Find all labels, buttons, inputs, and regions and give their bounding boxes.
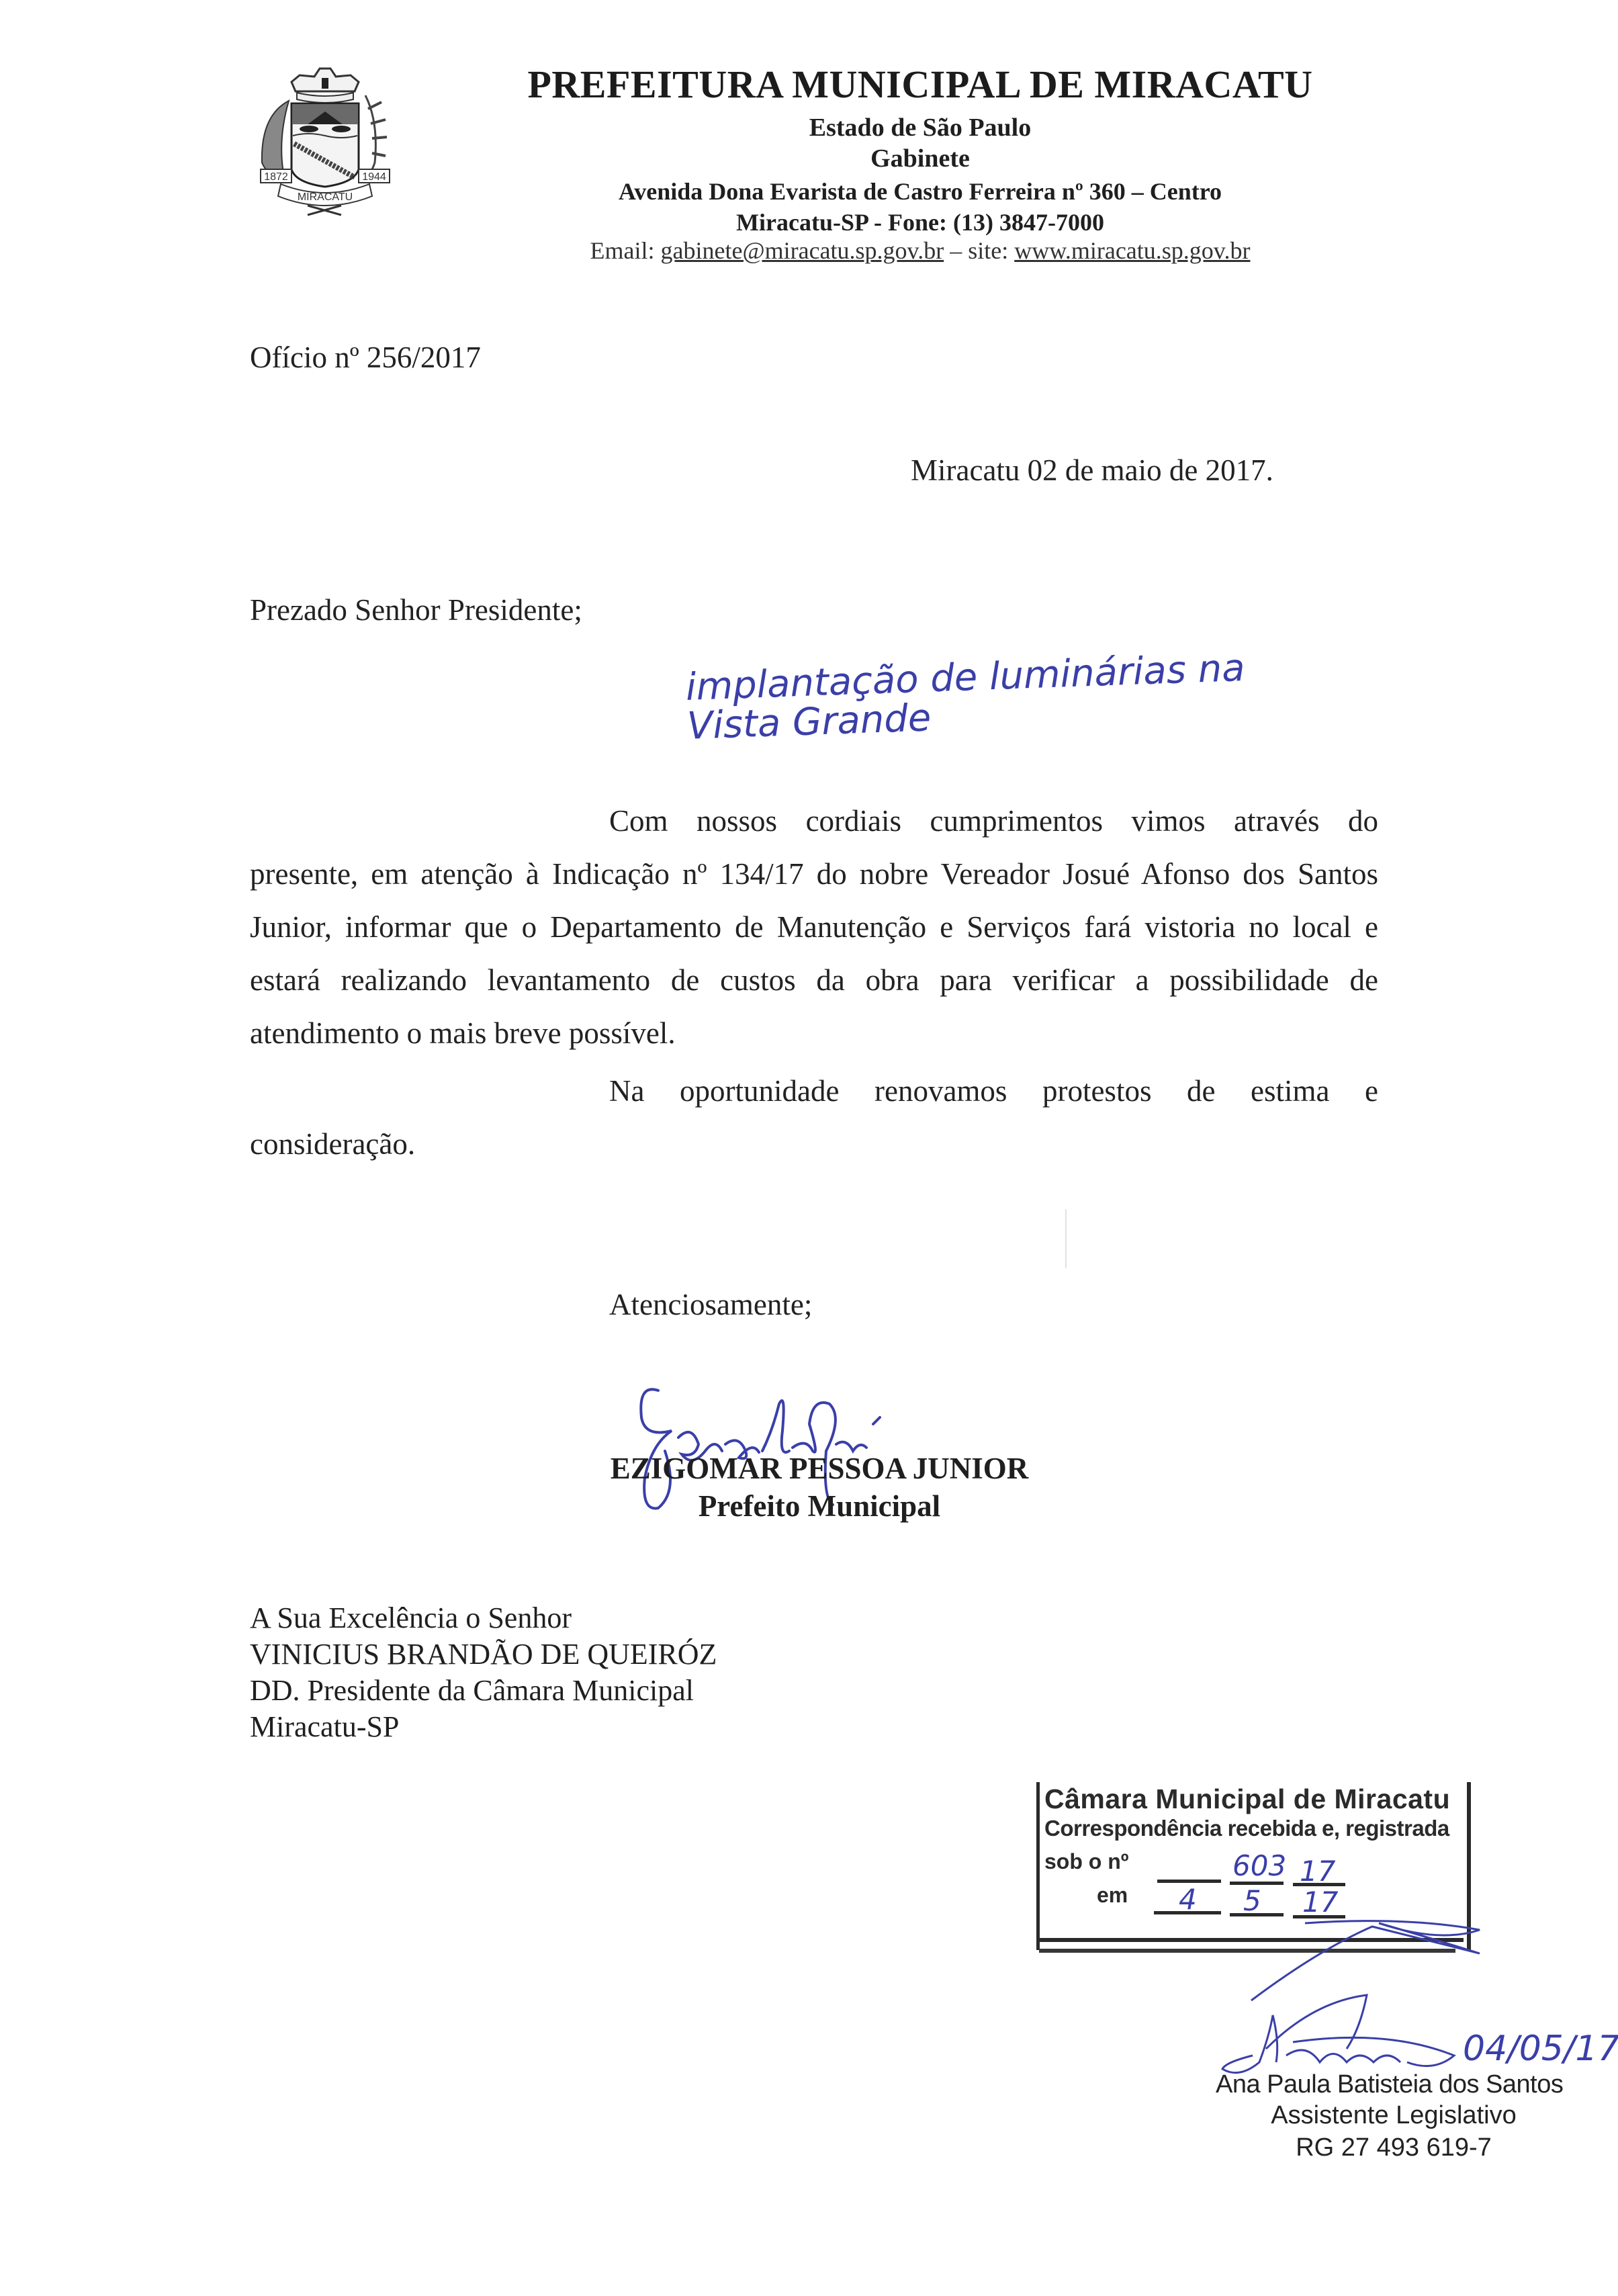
coat-of-arms-icon: 1872 1944 MIRACATU bbox=[247, 62, 403, 216]
header-department: Gabinete bbox=[443, 144, 1397, 173]
stamp-number-year: 17 bbox=[1300, 1855, 1335, 1888]
stamp-institution: Câmara Municipal de Miracatu bbox=[1044, 1783, 1450, 1815]
stamp-caption: Correspondência recebida e, registrada bbox=[1044, 1816, 1449, 1841]
paragraph-line: estará realizando levantamento de custos… bbox=[250, 965, 1378, 996]
stamp-date-year: 17 bbox=[1302, 1886, 1338, 1918]
addressee-line: VINICIUS BRANDÃO DE QUEIRÓZ bbox=[250, 1636, 717, 1673]
receiver-rg: RG 27 493 619-7 bbox=[1249, 2133, 1538, 2162]
addressee-line: A Sua Excelência o Senhor bbox=[250, 1600, 717, 1636]
paragraph-line: Junior, informar que o Departamento de M… bbox=[250, 912, 1378, 942]
svg-text:1944: 1944 bbox=[362, 171, 386, 183]
signatory-role: Prefeito Municipal bbox=[578, 1489, 1061, 1524]
header-contact: Email: gabinete@miracatu.sp.gov.br – sit… bbox=[443, 236, 1397, 265]
paragraph-line: Com nossos cordiais cumprimentos vimos a… bbox=[609, 806, 1378, 836]
addressee-line: DD. Presidente da Câmara Municipal bbox=[250, 1673, 717, 1709]
addressee-block: A Sua Excelência o Senhor VINICIUS BRAND… bbox=[250, 1600, 717, 1745]
stamp-number-value: 603 bbox=[1232, 1849, 1286, 1882]
paragraph-line: atendimento o mais breve possível. bbox=[250, 1018, 1378, 1049]
site-link[interactable]: www.miracatu.sp.gov.br bbox=[1014, 237, 1250, 264]
header-city-phone: Miracatu-SP - Fone: (13) 3847-7000 bbox=[470, 208, 1370, 236]
signatory-name: EZIGOMAR PESSOA JUNIOR bbox=[578, 1451, 1061, 1486]
receiver-role: Assistente Legislativo bbox=[1249, 2101, 1538, 2130]
handwritten-note: implantação de luminárias na Vista Grand… bbox=[685, 649, 1247, 746]
svg-text:MIRACATU: MIRACATU bbox=[298, 191, 353, 203]
receipt-handwritten-date: 04/05/17 bbox=[1463, 2029, 1618, 2069]
email-label: Email: bbox=[590, 237, 655, 264]
paragraph-line: Na oportunidade renovamos protestos de e… bbox=[609, 1076, 1378, 1106]
email-link[interactable]: gabinete@miracatu.sp.gov.br bbox=[661, 237, 944, 264]
receiver-name: Ana Paula Batisteia dos Santos bbox=[1216, 2070, 1618, 2099]
site-label: – site: bbox=[950, 237, 1008, 264]
registration-stamp: Câmara Municipal de Miracatu Correspondê… bbox=[1036, 1762, 1466, 1957]
addressee-line: Miracatu-SP bbox=[250, 1709, 717, 1745]
stamp-date-label: em bbox=[1097, 1883, 1128, 1908]
paragraph-line: consideração. bbox=[250, 1129, 1378, 1159]
header-address: Avenida Dona Evarista de Castro Ferreira… bbox=[470, 177, 1370, 206]
closing: Atenciosamente; bbox=[609, 1290, 812, 1320]
svg-text:1872: 1872 bbox=[264, 171, 288, 183]
stamp-number-label: sob o nº bbox=[1044, 1849, 1128, 1874]
salutation: Prezado Senhor Presidente; bbox=[250, 595, 582, 625]
header-state: Estado de São Paulo bbox=[443, 113, 1397, 142]
page-title: PREFEITURA MUNICIPAL DE MIRACATU bbox=[443, 62, 1397, 107]
paragraph-line: presente, em atenção à Indicação nº 134/… bbox=[250, 859, 1378, 889]
stamp-date-day: 4 bbox=[1179, 1883, 1197, 1916]
stamp-date-month: 5 bbox=[1243, 1884, 1261, 1917]
document-reference: Ofício nº 256/2017 bbox=[250, 343, 481, 373]
scan-artifact bbox=[1065, 1209, 1067, 1268]
letter-date: Miracatu 02 de maio de 2017. bbox=[911, 455, 1273, 486]
